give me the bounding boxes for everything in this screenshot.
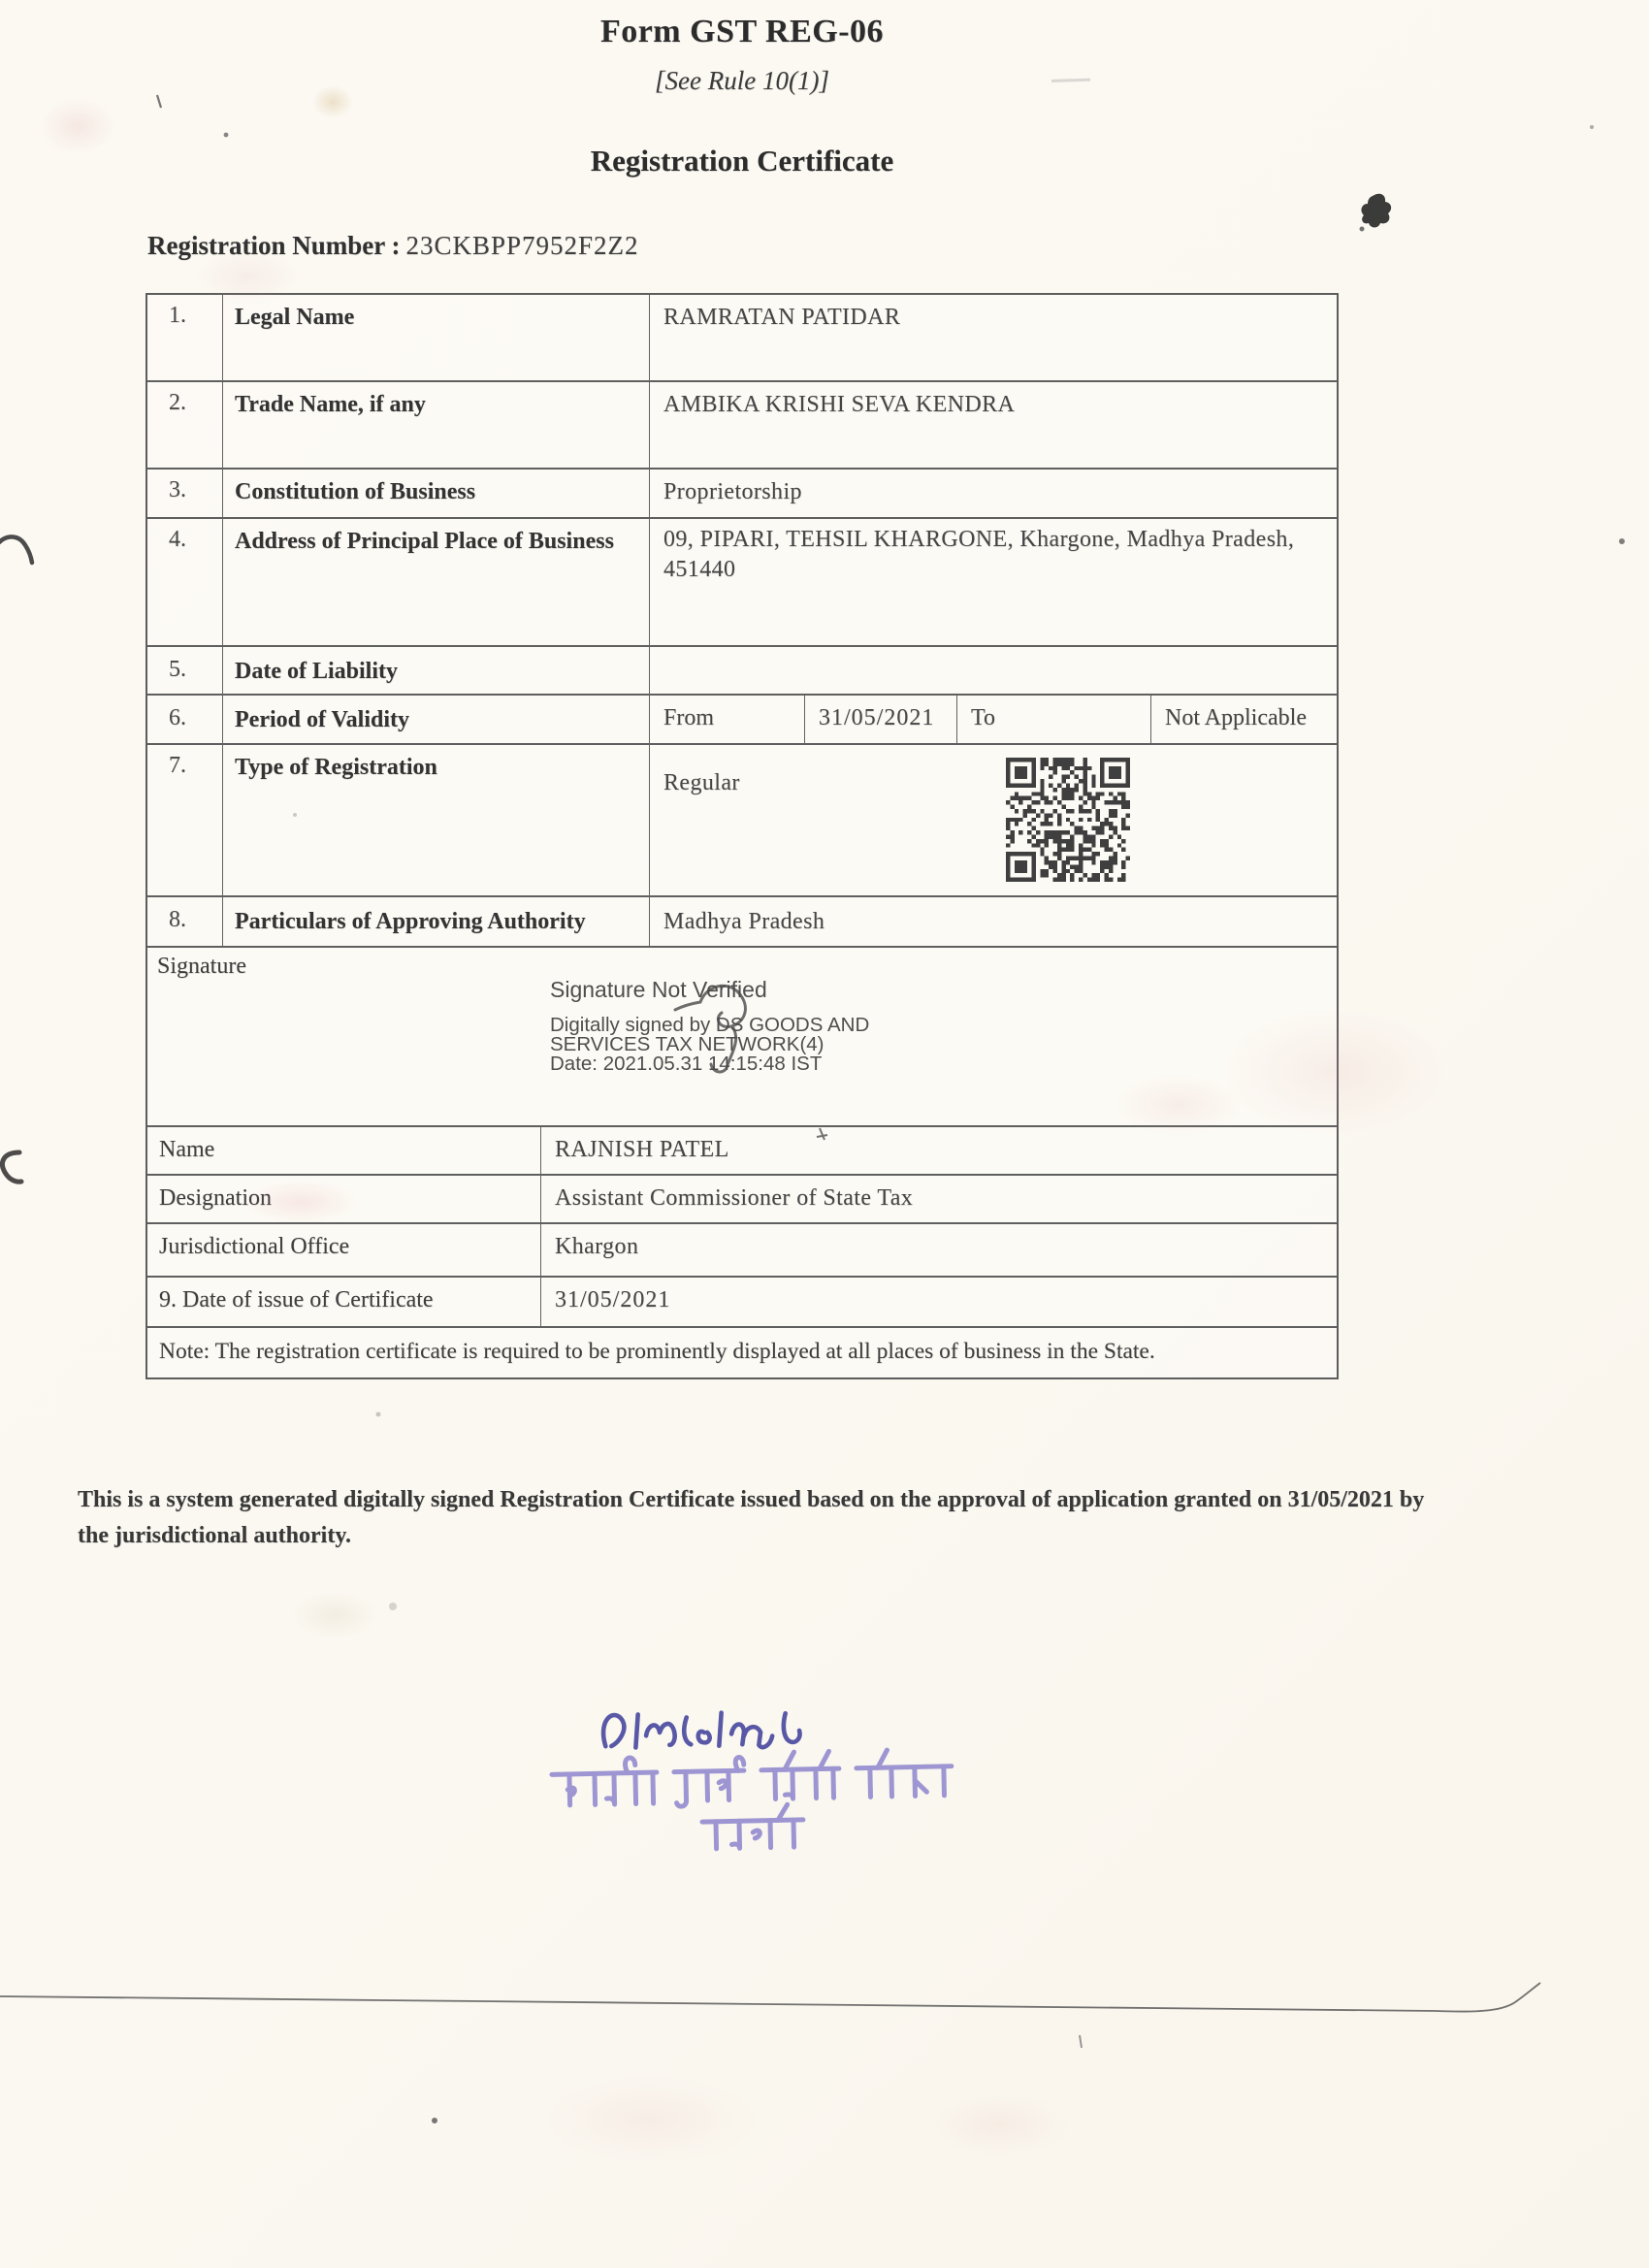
row-value: RAMRATAN PATIDAR <box>650 295 1337 380</box>
system-generated-note: This is a system generated digitally sig… <box>78 1482 1436 1554</box>
stamp-line2-text: घोट्या <box>538 1791 966 1844</box>
row-number: 3. <box>147 470 223 517</box>
digitally-signed-line: Digitally signed by DS GOODS AND <box>550 1016 869 1035</box>
row-value: Madhya Pradesh <box>650 897 1337 946</box>
row-value <box>650 647 1337 694</box>
row-number: 6. <box>147 696 223 743</box>
pen-mark-left-2 <box>2 1152 21 1182</box>
pen-mark-left-1 <box>0 536 32 563</box>
row-label: Type of Registration <box>223 745 650 895</box>
row-period-of-validity: 6. Period of Validity From 31/05/2021 To… <box>147 694 1337 743</box>
registration-number-label: Registration Number : <box>147 231 400 260</box>
row-label: Legal Name <box>223 295 650 380</box>
row-trade-name: 2. Trade Name, if any AMBIKA KRISHI SEVA… <box>147 380 1337 468</box>
validity-to-value: Not Applicable <box>1151 696 1337 743</box>
row-number: 8. <box>147 897 223 946</box>
digital-signature-block: Signature Not Verified Digitally signed … <box>550 977 869 1074</box>
signature-section: Signature Signature Not Verified Digital… <box>147 946 1337 1125</box>
row-number: 1. <box>147 295 223 380</box>
scanned-gst-certificate-page: Form GST REG-06 [See Rule 10(1)] Registr… <box>0 0 1649 2268</box>
row-value: RAJNISH PATEL <box>541 1127 1337 1174</box>
row-designation: Designation Assistant Commissioner of St… <box>147 1174 1337 1222</box>
row-label: Period of Validity <box>223 696 650 743</box>
crease-line <box>0 1983 1540 2012</box>
scan-speck <box>1619 538 1625 544</box>
registration-details-table: 1. Legal Name RAMRATAN PATIDAR 2. Trade … <box>145 293 1339 1379</box>
qr-code <box>1006 757 1130 883</box>
row-approving-authority: 8. Particulars of Approving Authority Ma… <box>147 895 1337 946</box>
scan-speck <box>389 1603 397 1610</box>
scan-smudge <box>291 1591 378 1639</box>
row-date-of-liability: 5. Date of Liability <box>147 645 1337 694</box>
certificate-title: Registration Certificate <box>0 144 1484 178</box>
scan-speck <box>376 1412 381 1417</box>
rule-reference: [See Rule 10(1)] <box>0 66 1484 96</box>
digitally-signed-line: SERVICES TAX NETWORK(4) <box>550 1035 869 1054</box>
row-label: Designation <box>147 1176 541 1222</box>
validity-cells: From 31/05/2021 To Not Applicable <box>650 696 1337 743</box>
ink-blot <box>1361 194 1391 228</box>
row-number: 4. <box>147 519 223 645</box>
note-row: Note: The registration certificate is re… <box>147 1326 1337 1377</box>
validity-to-label: To <box>957 696 1151 743</box>
row-number: 2. <box>147 382 223 468</box>
scan-speck <box>1360 227 1365 232</box>
row-value: Proprietorship <box>650 470 1337 517</box>
row-value: 31/05/2021 <box>541 1278 1337 1326</box>
handwritten-name-text: रामरतन <box>595 1700 694 1749</box>
registration-number-value: 23CKBPP7952F2Z2 <box>405 231 638 260</box>
signature-status: Signature Not Verified <box>550 977 869 1003</box>
row-type-of-registration: 7. Type of Registration Regular <box>147 743 1337 895</box>
row-number: 7. <box>147 745 223 895</box>
row-label: Address of Principal Place of Business <box>223 519 650 645</box>
row-value: 09, PIPARI, TEHSIL KHARGONE, Khargone, M… <box>650 519 1337 645</box>
validity-from-label: From <box>650 696 805 743</box>
row-label: Date of Liability <box>223 647 650 694</box>
row-label: Particulars of Approving Authority <box>223 897 650 946</box>
form-title: Form GST REG-06 <box>0 14 1484 50</box>
row-value: Regular <box>650 745 1337 895</box>
row-address: 4. Address of Principal Place of Busines… <box>147 517 1337 645</box>
registration-number-line: Registration Number :23CKBPP7952F2Z2 <box>147 231 639 261</box>
row-label: Constitution of Business <box>223 470 650 517</box>
row-jurisdictional-office: Jurisdictional Office Khargon <box>147 1222 1337 1276</box>
scan-smudge <box>543 2076 757 2163</box>
qr-code-pattern <box>1006 757 1130 883</box>
row-label: Name <box>147 1127 541 1174</box>
document-header: Form GST REG-06 [See Rule 10(1)] Registr… <box>0 0 1484 194</box>
validity-from-value: 31/05/2021 <box>805 696 957 743</box>
signature-label: Signature <box>157 954 246 980</box>
rubber-stamp: रामरतन अम्बिका कृषि सेवा केन्द्र घोट्या <box>536 1688 966 1862</box>
row-label: 9. Date of issue of Certificate <box>147 1278 541 1326</box>
scan-smudge <box>921 2090 1077 2158</box>
row-label: Trade Name, if any <box>223 382 650 468</box>
row-issue-date: 9. Date of issue of Certificate 31/05/20… <box>147 1276 1337 1326</box>
row-value: Khargon <box>541 1224 1337 1276</box>
row-legal-name: 1. Legal Name RAMRATAN PATIDAR <box>147 295 1337 380</box>
row-constitution: 3. Constitution of Business Proprietorsh… <box>147 468 1337 517</box>
row-value: Assistant Commissioner of State Tax <box>541 1176 1337 1222</box>
row-value: AMBIKA KRISHI SEVA KENDRA <box>650 382 1337 468</box>
scan-speck <box>432 2118 437 2123</box>
row-number: 5. <box>147 647 223 694</box>
signature-date-line: Date: 2021.05.31 14:15:48 IST <box>550 1054 869 1074</box>
scan-speck <box>1590 125 1594 129</box>
note-text: Note: The registration certificate is re… <box>147 1328 1337 1377</box>
scan-speck <box>1080 2035 1082 2048</box>
row-officer-name: Name RAJNISH PATEL <box>147 1125 1337 1174</box>
row-label: Jurisdictional Office <box>147 1224 541 1276</box>
